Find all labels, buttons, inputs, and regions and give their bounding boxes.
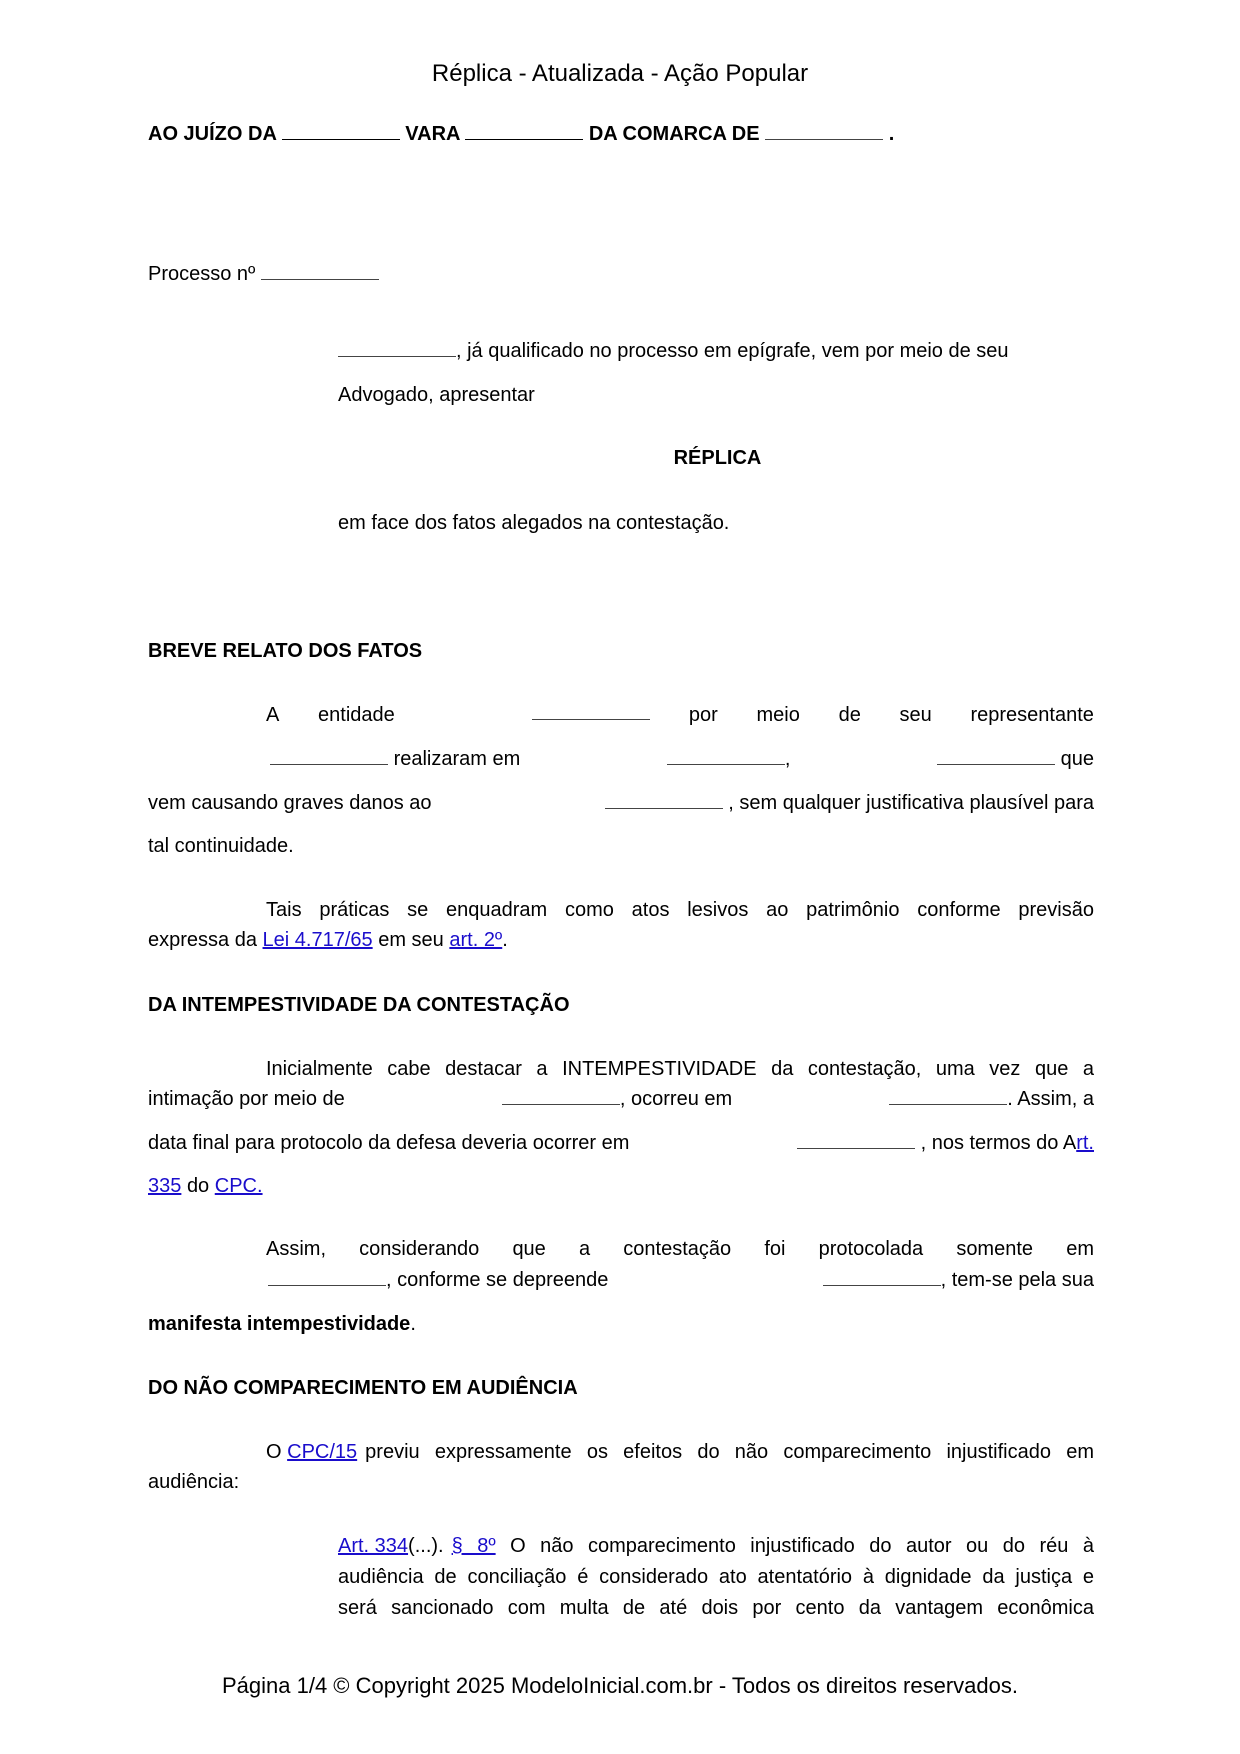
blank-act[interactable] <box>937 748 1055 765</box>
intemp-line-2: intimação por meio de , ocorreu em . Ass… <box>148 1087 1094 1111</box>
link-art-335[interactable]: 335 <box>148 1175 181 1197</box>
section-heading-intempestividade: DA INTEMPESTIVIDADE DA CONTESTAÇÃO <box>148 993 570 1017</box>
link-art-335-part[interactable]: rt. <box>1076 1132 1094 1154</box>
blank-entity[interactable] <box>532 703 650 720</box>
blank-date-1[interactable] <box>667 748 785 765</box>
facts-line-1: A entidade por meio de seu representante <box>266 703 1094 727</box>
intro-line-3: em face dos fatos alegados na contestaçã… <box>338 511 729 535</box>
facts-line-4: tal continuidade. <box>148 834 294 858</box>
quote-line-1: Art. 334 (...). § 8º O não compareciment… <box>338 1534 1094 1558</box>
facts-line-3: vem causando graves danos ao , sem qualq… <box>148 791 1094 815</box>
blank-intimation-means[interactable] <box>502 1088 620 1105</box>
blank-comarca[interactable] <box>765 123 883 140</box>
document-header-title: Réplica - Atualizada - Ação Popular <box>0 60 1240 88</box>
audience-line-2: audiência: <box>148 1470 239 1494</box>
law-line-1: Tais práticas se enquadram como atos les… <box>266 898 1094 922</box>
blank-intimation-date[interactable] <box>889 1088 1007 1105</box>
process-label: Processo nº <box>148 263 255 285</box>
quote-line-3: será sancionado com multa de até dois po… <box>338 1596 1094 1620</box>
link-cpc[interactable]: CPC. <box>215 1175 263 1197</box>
protocol-line-2: , conforme se depreende , tem-se pela su… <box>268 1268 1094 1292</box>
intemp-line-1: Inicialmente cabe destacar a INTEMPESTIV… <box>266 1057 1094 1081</box>
intro-line-2: Advogado, apresentar <box>338 383 535 407</box>
link-cpc-15[interactable]: CPC/15 <box>287 1441 357 1463</box>
address-part-2: VARA <box>405 123 459 145</box>
link-paragraph-8[interactable]: § 8º <box>452 1535 496 1557</box>
law-line-2: expressa da Lei 4.717/65 em seu art. 2º. <box>148 928 508 952</box>
blank-protocol-date[interactable] <box>268 1269 386 1286</box>
blank-process-number[interactable] <box>261 263 379 280</box>
blank-damaged-party[interactable] <box>605 792 723 809</box>
protocol-line-3: manifesta intempestividade. <box>148 1312 416 1336</box>
document-page: Réplica - Atualizada - Ação Popular AO J… <box>0 0 1240 1754</box>
blank-party-name[interactable] <box>338 340 456 357</box>
blank-representative[interactable] <box>270 748 388 765</box>
quote-line-2: audiência de conciliação é considerado a… <box>338 1565 1094 1589</box>
blank-deadline-date[interactable] <box>797 1132 915 1149</box>
intemp-line-3: data final para protocolo da defesa deve… <box>148 1131 1094 1155</box>
address-part-1: AO JUÍZO DA <box>148 123 276 145</box>
link-lei-4717[interactable]: Lei 4.717/65 <box>263 929 373 951</box>
link-art-334[interactable]: Art. 334 <box>338 1534 408 1558</box>
court-address: AO JUÍZO DA VARA DA COMARCA DE . <box>148 122 894 146</box>
intemp-line-4: 335 do CPC. <box>148 1174 263 1198</box>
section-heading-nao-comparecimento: DO NÃO COMPARECIMENTO EM AUDIÊNCIA <box>148 1376 578 1400</box>
protocol-line-1: Assim,considerandoqueacontestaçãofoiprot… <box>266 1237 1094 1261</box>
facts-line-2: realizaram em , que <box>270 747 1094 771</box>
audience-line-1: O CPC/15 previu expressamente os efeitos… <box>266 1440 1094 1464</box>
address-end: . <box>889 123 895 145</box>
intro-line-1: , já qualificado no processo em epígrafe… <box>338 339 1094 363</box>
link-art-2[interactable]: art. 2º <box>449 929 502 951</box>
page-footer: Página 1/4 © Copyright 2025 ModeloInicia… <box>0 1673 1240 1699</box>
blank-vara-name[interactable] <box>465 123 583 140</box>
blank-vara-number[interactable] <box>282 123 400 140</box>
address-part-3: DA COMARCA DE <box>589 123 760 145</box>
document-title: RÉPLICA <box>0 446 1240 470</box>
section-heading-breve-relato: BREVE RELATO DOS FATOS <box>148 639 422 663</box>
process-number-line: Processo nº <box>148 262 379 286</box>
blank-evidence[interactable] <box>823 1269 941 1286</box>
